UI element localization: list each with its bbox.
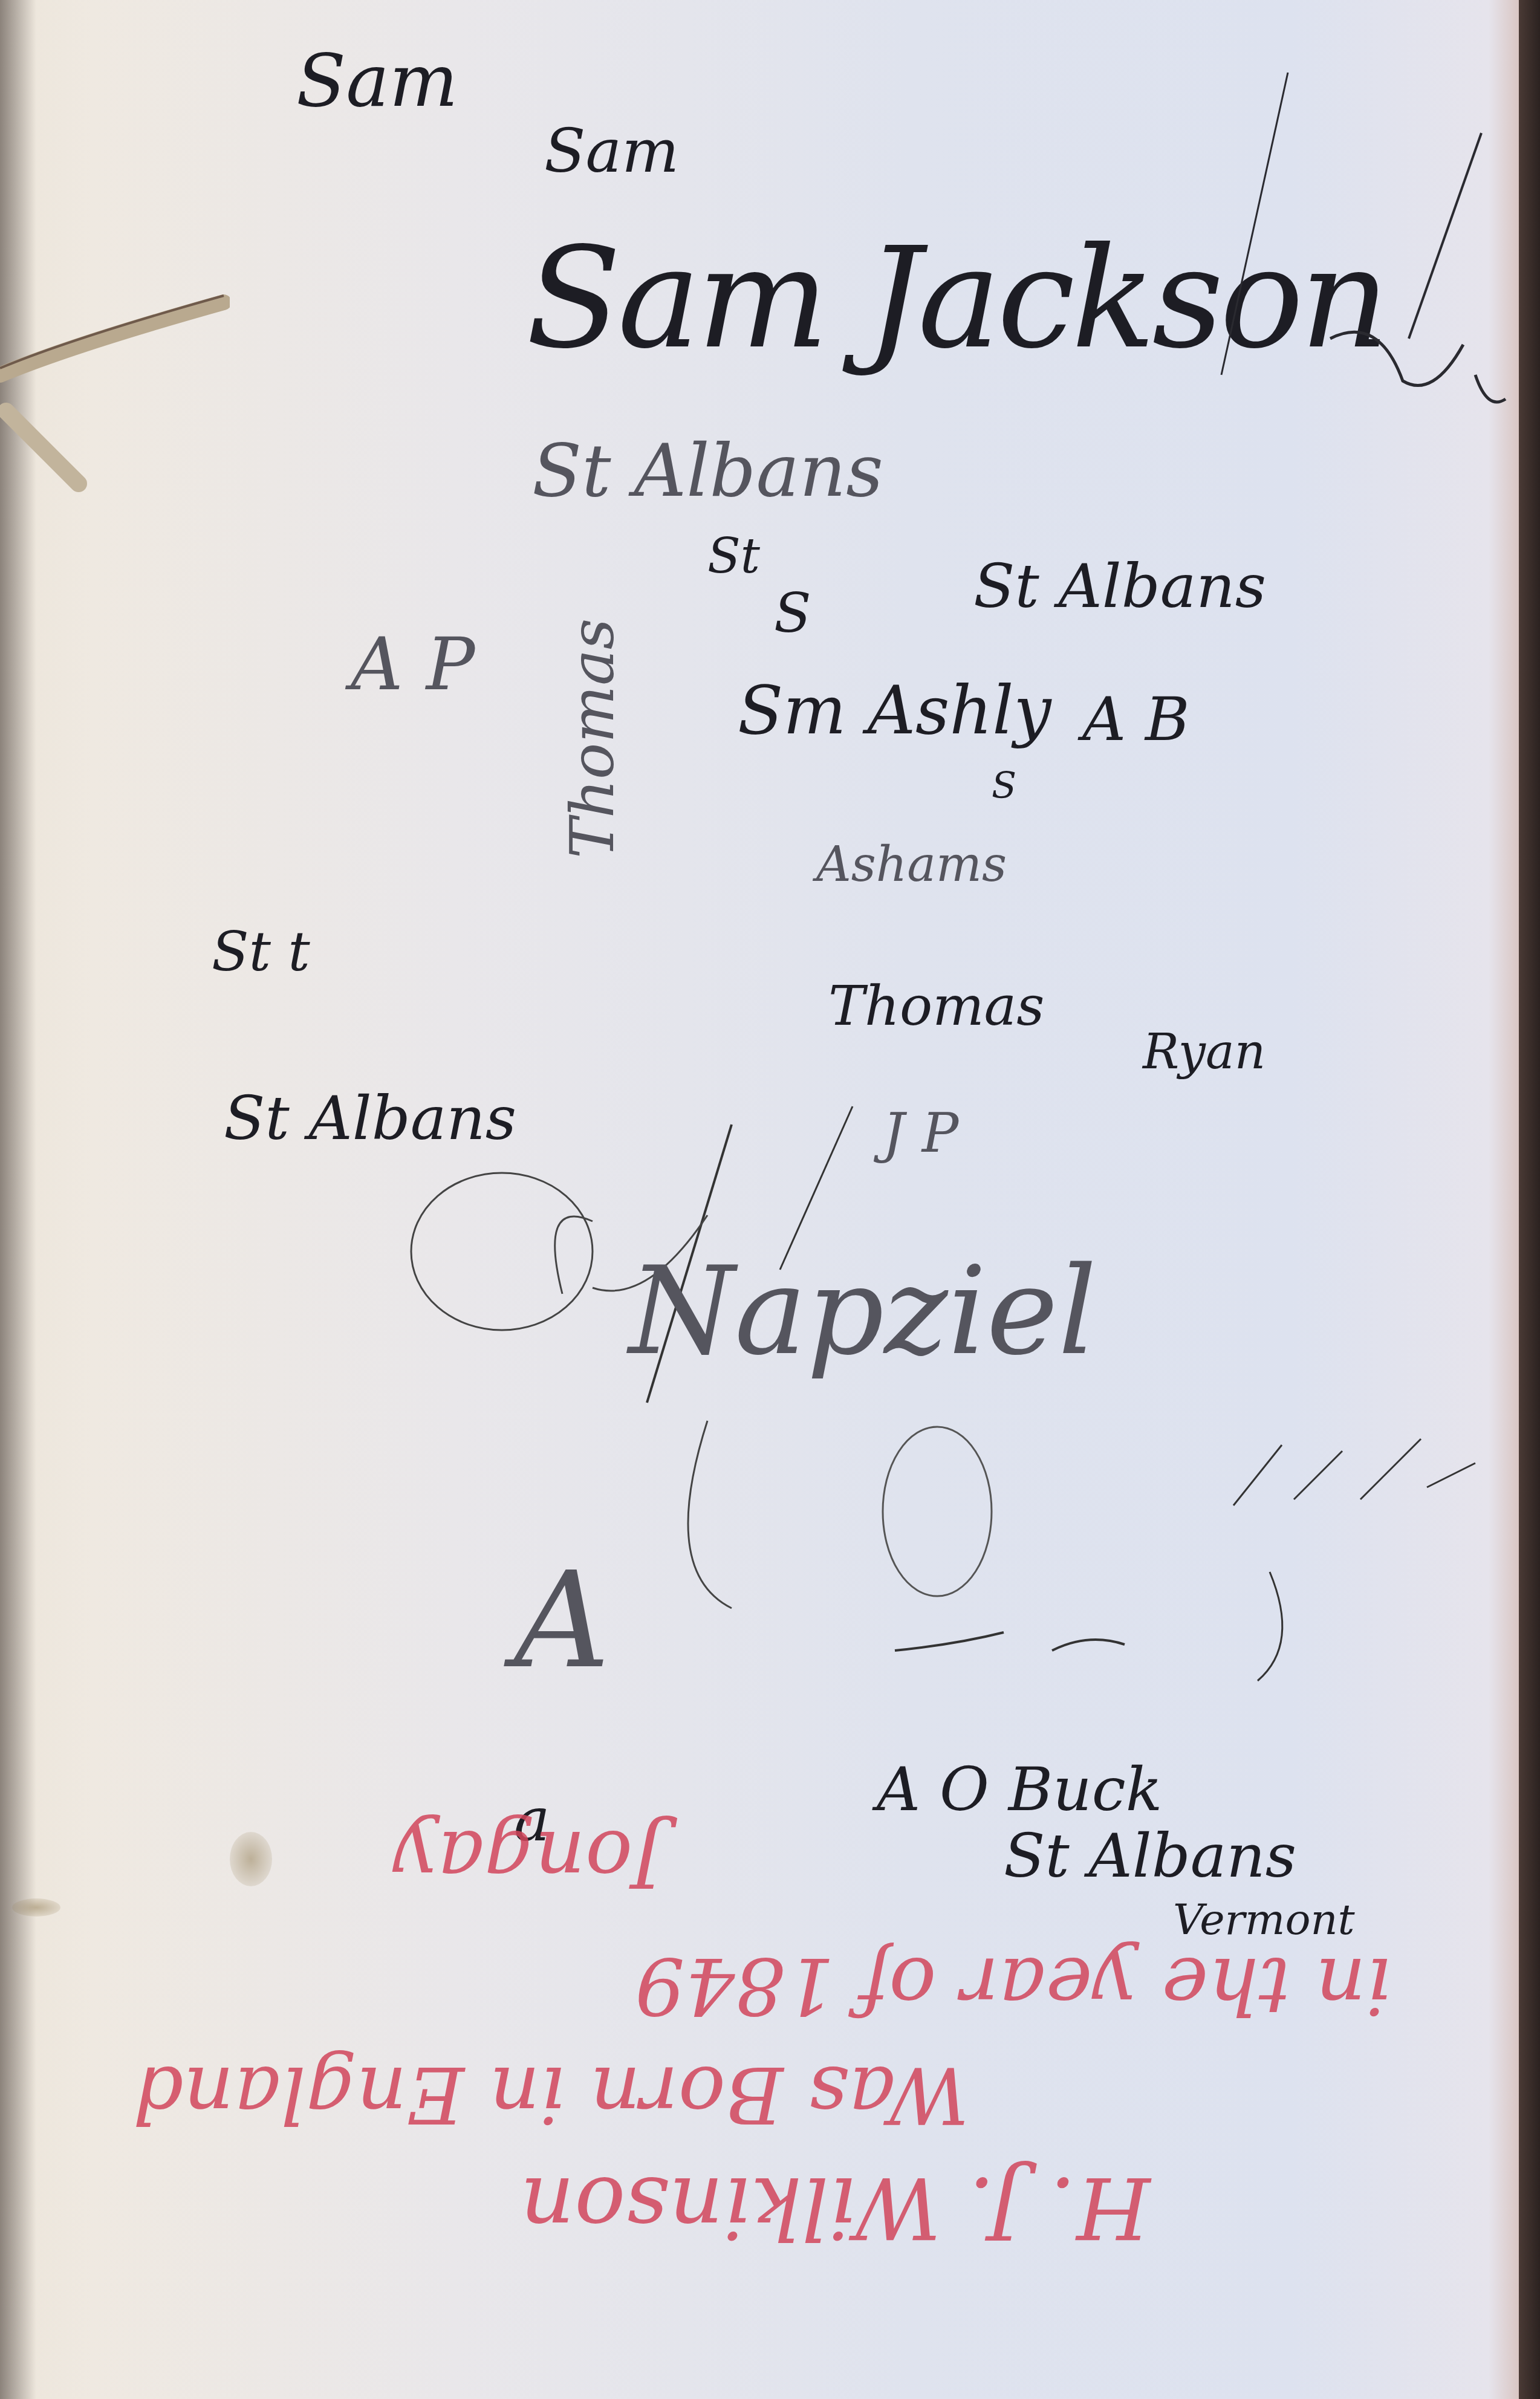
ink-entry: S [774,586,811,641]
ink-entry: A O Buck [877,1759,1162,1820]
red-inscription-line: in the year of 1849 [635,1947,1391,2025]
ink-entry: Sam [544,121,679,181]
ink-entry: St Albans [532,435,883,508]
ink-entry: Thomas [562,618,623,859]
ink-entry: St [707,532,760,580]
pen-flourish [1149,60,1512,423]
red-inscription-line: H. J. Wilkinson [520,2164,1150,2249]
ink-entry: S [992,768,1016,804]
book-binding-edge [1519,0,1540,2399]
ink-entry: Thomas [828,979,1044,1034]
ink-entry: A [514,1554,610,1687]
ink-entry: Sam [296,45,458,118]
document-page: Sam Sam Sam Jackson St Albans St S St Al… [0,0,1519,2399]
straw-debris [0,266,230,496]
pen-flourish [665,1451,1451,1753]
ink-entry: Napziel [629,1251,1097,1372]
ink-entry: St Albans [1004,1826,1296,1886]
red-inscription-line: Was Born in England [133,2056,969,2134]
ink-entry: St t [212,925,310,979]
ink-entry: A B [1082,689,1190,750]
red-inscription-line: Jongay [393,1820,664,1898]
stain-spot [12,1898,60,1917]
ink-entry: A P [351,629,475,701]
ink-entry: Ashams [816,840,1007,889]
stain-spot [230,1832,272,1886]
ink-entry: Vermont [1173,1898,1355,1941]
ink-entry: Ryan [1143,1028,1265,1076]
ink-entry: Sm Ashly [738,677,1051,744]
ink-entry: St Albans [973,556,1266,617]
